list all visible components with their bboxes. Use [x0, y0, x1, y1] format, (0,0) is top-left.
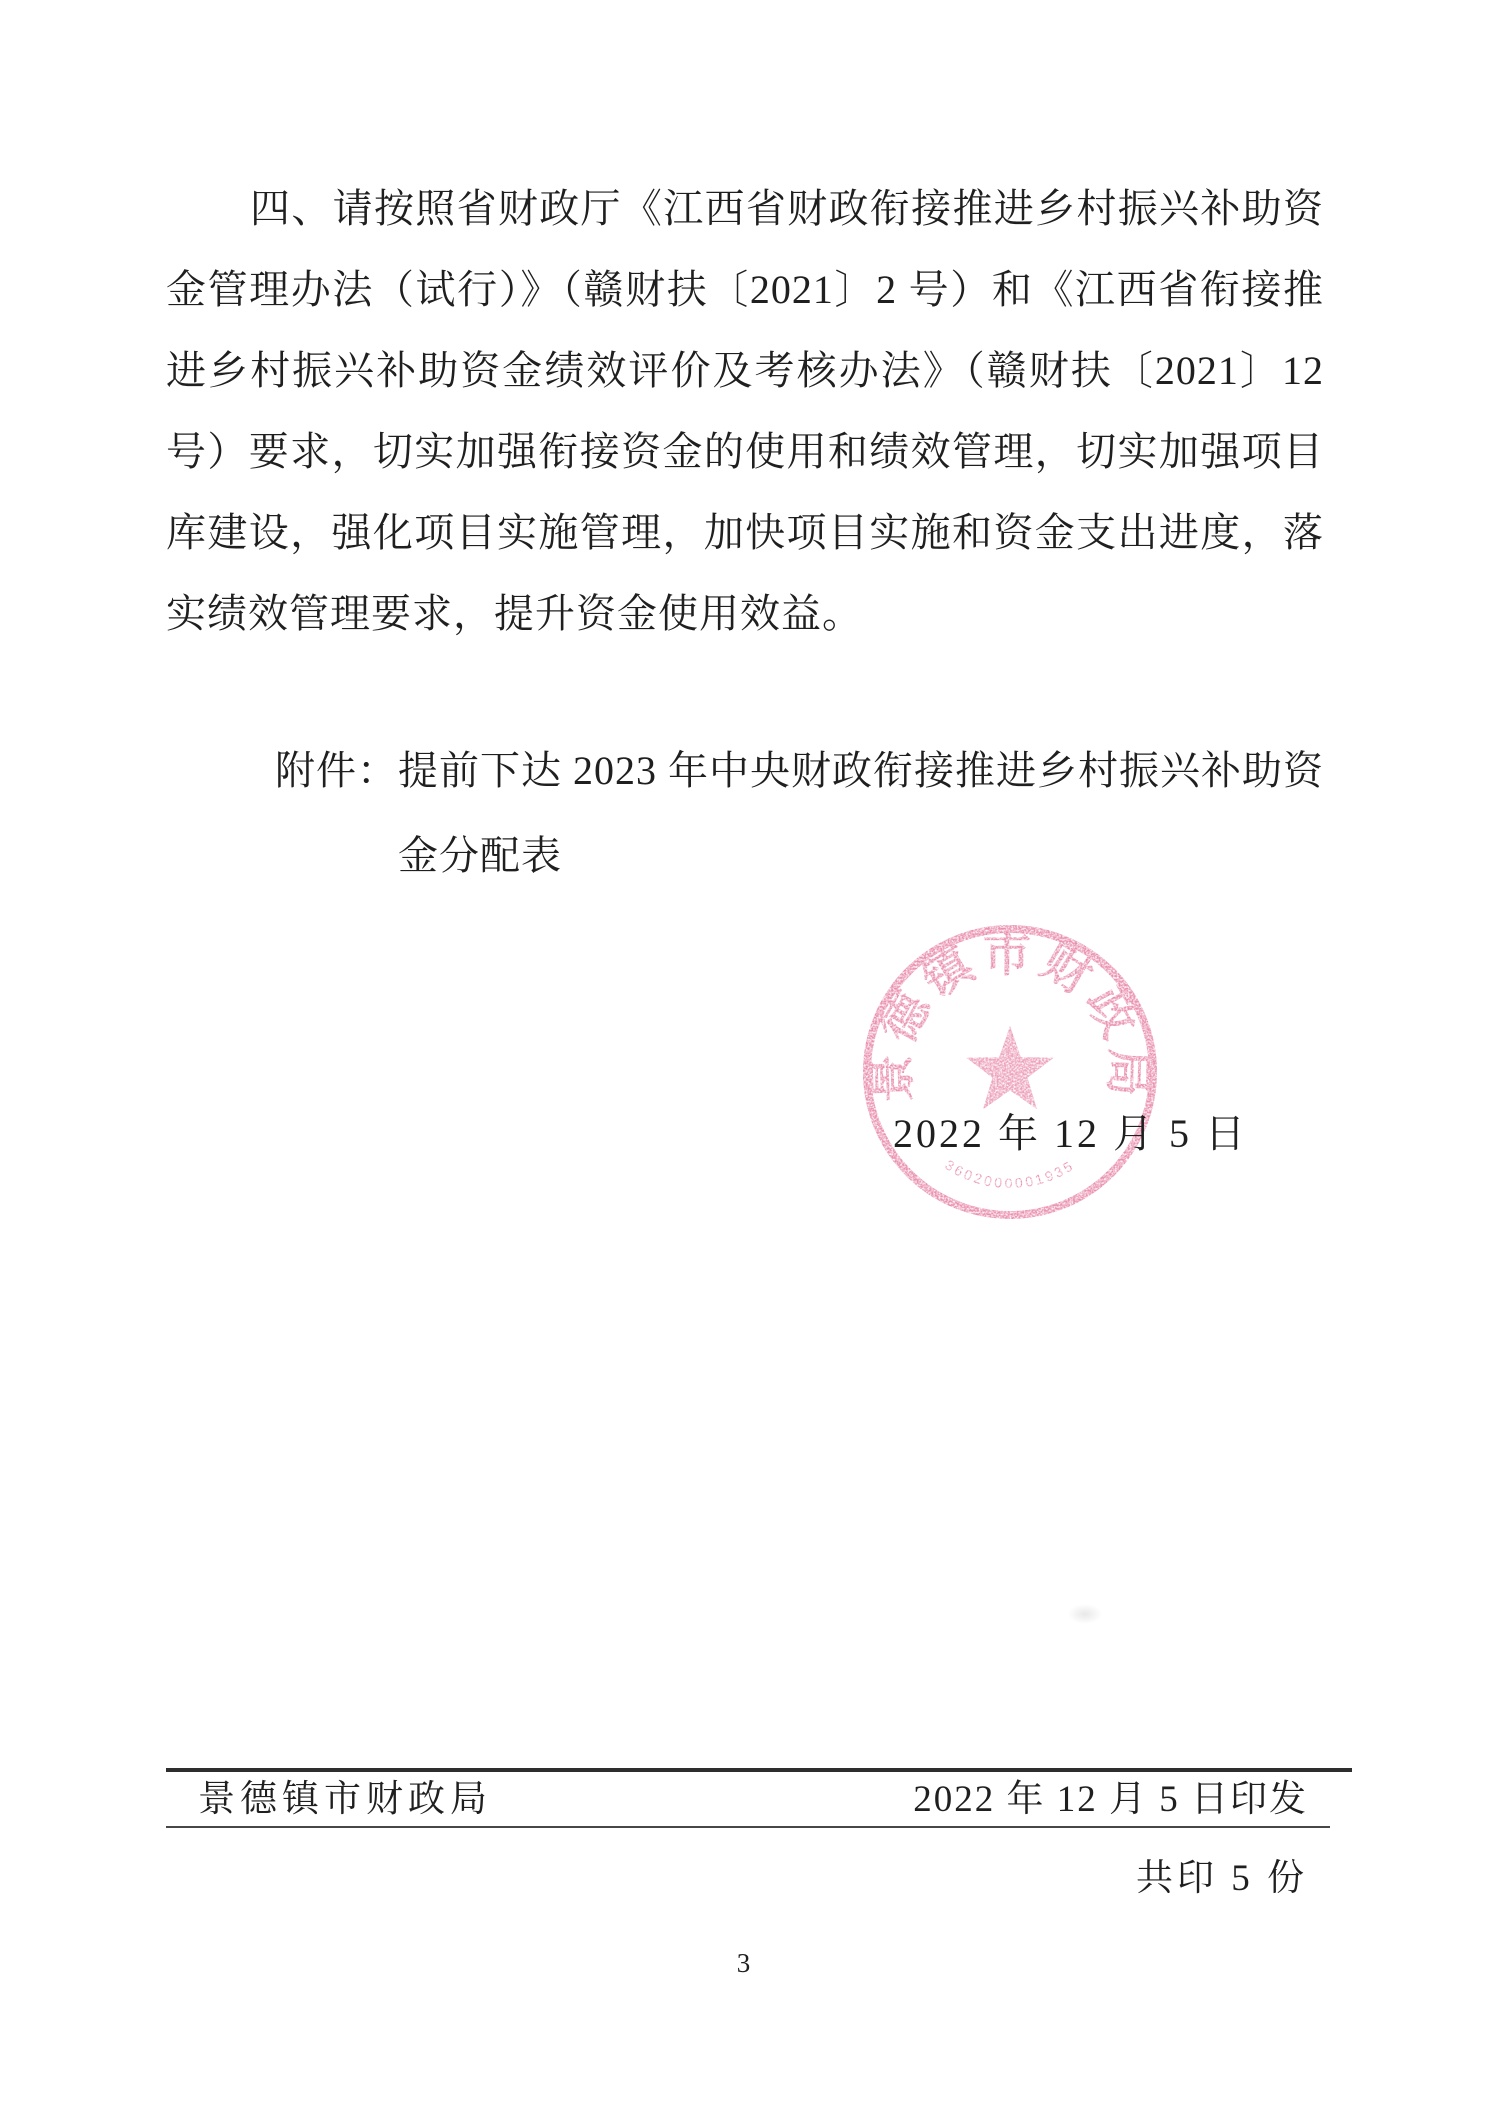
- document-page: 四、请按照省财政厅《江西省财政衔接推进乡村振兴补助资 金管理办法（试行）》（赣财…: [0, 0, 1487, 2102]
- body-line: 号）要求，切实加强衔接资金的使用和绩效管理，切实加强项目: [166, 411, 1324, 492]
- scan-smudge: [1068, 1604, 1102, 1624]
- print-date: 2022 年 12 月 5 日印发: [913, 1768, 1308, 1822]
- body-paragraph: 四、请按照省财政厅《江西省财政衔接推进乡村振兴补助资 金管理办法（试行）》（赣财…: [166, 168, 1324, 654]
- body-line: 金管理办法（试行）》（赣财扶〔2021〕2 号）和《江西省衔接推: [166, 249, 1324, 330]
- official-seal-icon: 景德镇市财政局 3602000001935: [860, 922, 1160, 1222]
- body-line: 实绩效管理要求，提升资金使用效益。: [166, 573, 1324, 654]
- attachment-note: 附件：提前下达 2023 年中央财政衔接推进乡村振兴补助资 金分配表: [275, 728, 1324, 898]
- signature-date: 2022 年 12 月 5 日: [893, 1102, 1248, 1159]
- page-number: 3: [0, 1948, 1487, 1979]
- attachment-line-2: 金分配表: [398, 813, 1324, 898]
- seal-code-arc-text: 3602000001935: [942, 1157, 1077, 1192]
- body-line: 四、请按照省财政厅《江西省财政衔接推进乡村振兴补助资: [166, 168, 1324, 249]
- body-line: 库建设，强化项目实施管理，加快项目实施和资金支出进度，落: [166, 492, 1324, 573]
- colophon-row: 景德镇市财政局 2022 年 12 月 5 日印发: [166, 1772, 1352, 1826]
- attachment-line-1: 附件：提前下达 2023 年中央财政衔接推进乡村振兴补助资: [275, 728, 1324, 813]
- issuer-name: 景德镇市财政局: [198, 1768, 492, 1822]
- colophon: 景德镇市财政局 2022 年 12 月 5 日印发 共印 5 份: [166, 1768, 1352, 1901]
- body-line: 进乡村振兴补助资金绩效评价及考核办法》（赣财扶〔2021〕12: [166, 330, 1324, 411]
- copies-count: 共印 5 份: [166, 1847, 1352, 1901]
- seal-star-icon: [966, 1026, 1053, 1109]
- colophon-rule-bottom: [166, 1826, 1330, 1828]
